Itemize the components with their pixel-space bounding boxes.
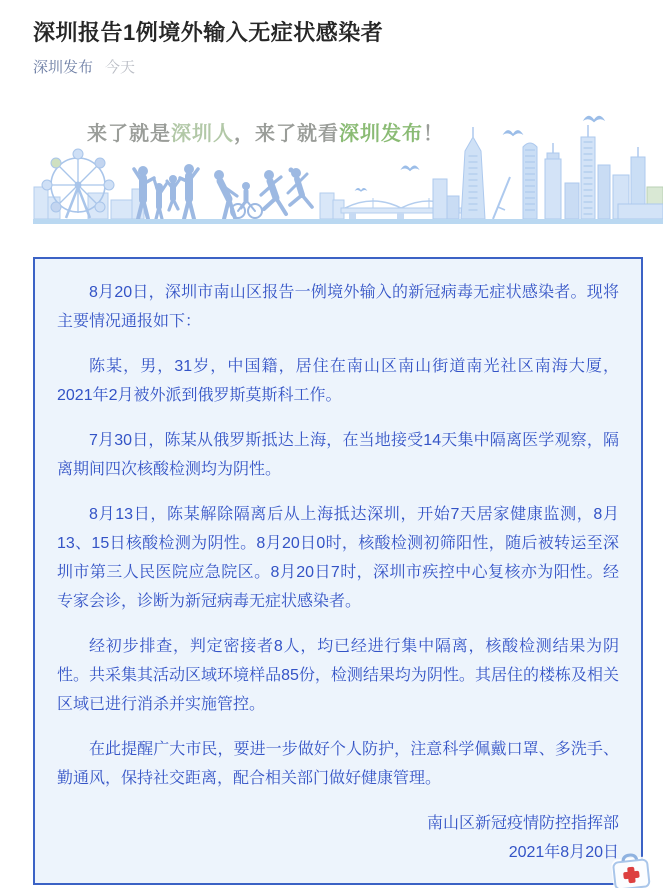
notice-paragraph: 陈某，男，31岁，中国籍，居住在南山区南山街道南光社区南海大厦，2021年2月被… [57,352,619,410]
runner-silhouettes [261,168,312,215]
article-meta: 深圳发布今天 [33,58,663,77]
banner-illustration: 来了就是深圳人，来了就看深圳发布！ [33,107,663,225]
first-aid-kit-icon [608,849,654,888]
account-name[interactable]: 深圳发布 [33,59,93,76]
ferris-wheel-icon [42,149,114,218]
article-page: 深圳报告1例境外输入无症状感染者 深圳发布今天 来了就是深圳人，来了就看深圳发布… [0,0,663,888]
notice-date: 2021年8月20日 [57,838,619,867]
notice-signature: 南山区新冠疫情防控指挥部 [57,809,619,838]
city-skyline-buildings [433,125,663,219]
notice-box: 8月20日，深圳市南山区报告一例境外输入的新冠病毒无症状感染者。现将主要情况通报… [33,257,643,885]
notice-paragraph: 8月13日，陈某解除隔离后从上海抵达深圳，开始7天居家健康监测，8月13、15日… [57,500,619,616]
publish-time: 今天 [105,59,135,76]
ground-baseline [33,219,663,224]
notice-paragraph: 在此提醒广大市民，要进一步做好个人防护，注意科学佩戴口罩、多洗手、勤通风，保持社… [57,735,619,793]
notice-paragraph: 7月30日，陈某从俄罗斯抵达上海，在当地接受14天集中隔离医学观察，隔离期间四次… [57,426,619,484]
notice-paragraph: 8月20日，深圳市南山区报告一例境外输入的新冠病毒无症状感染者。现将主要情况通报… [57,278,619,336]
bicycle-icon [214,170,262,219]
city-skyline-illustration [33,107,663,225]
notice-paragraph: 经初步排查，判定密接者8人，均已经进行集中隔离，核酸检测结果为阴性。共采集其活动… [57,632,619,719]
article-title: 深圳报告1例境外输入无症状感染者 [33,0,663,48]
